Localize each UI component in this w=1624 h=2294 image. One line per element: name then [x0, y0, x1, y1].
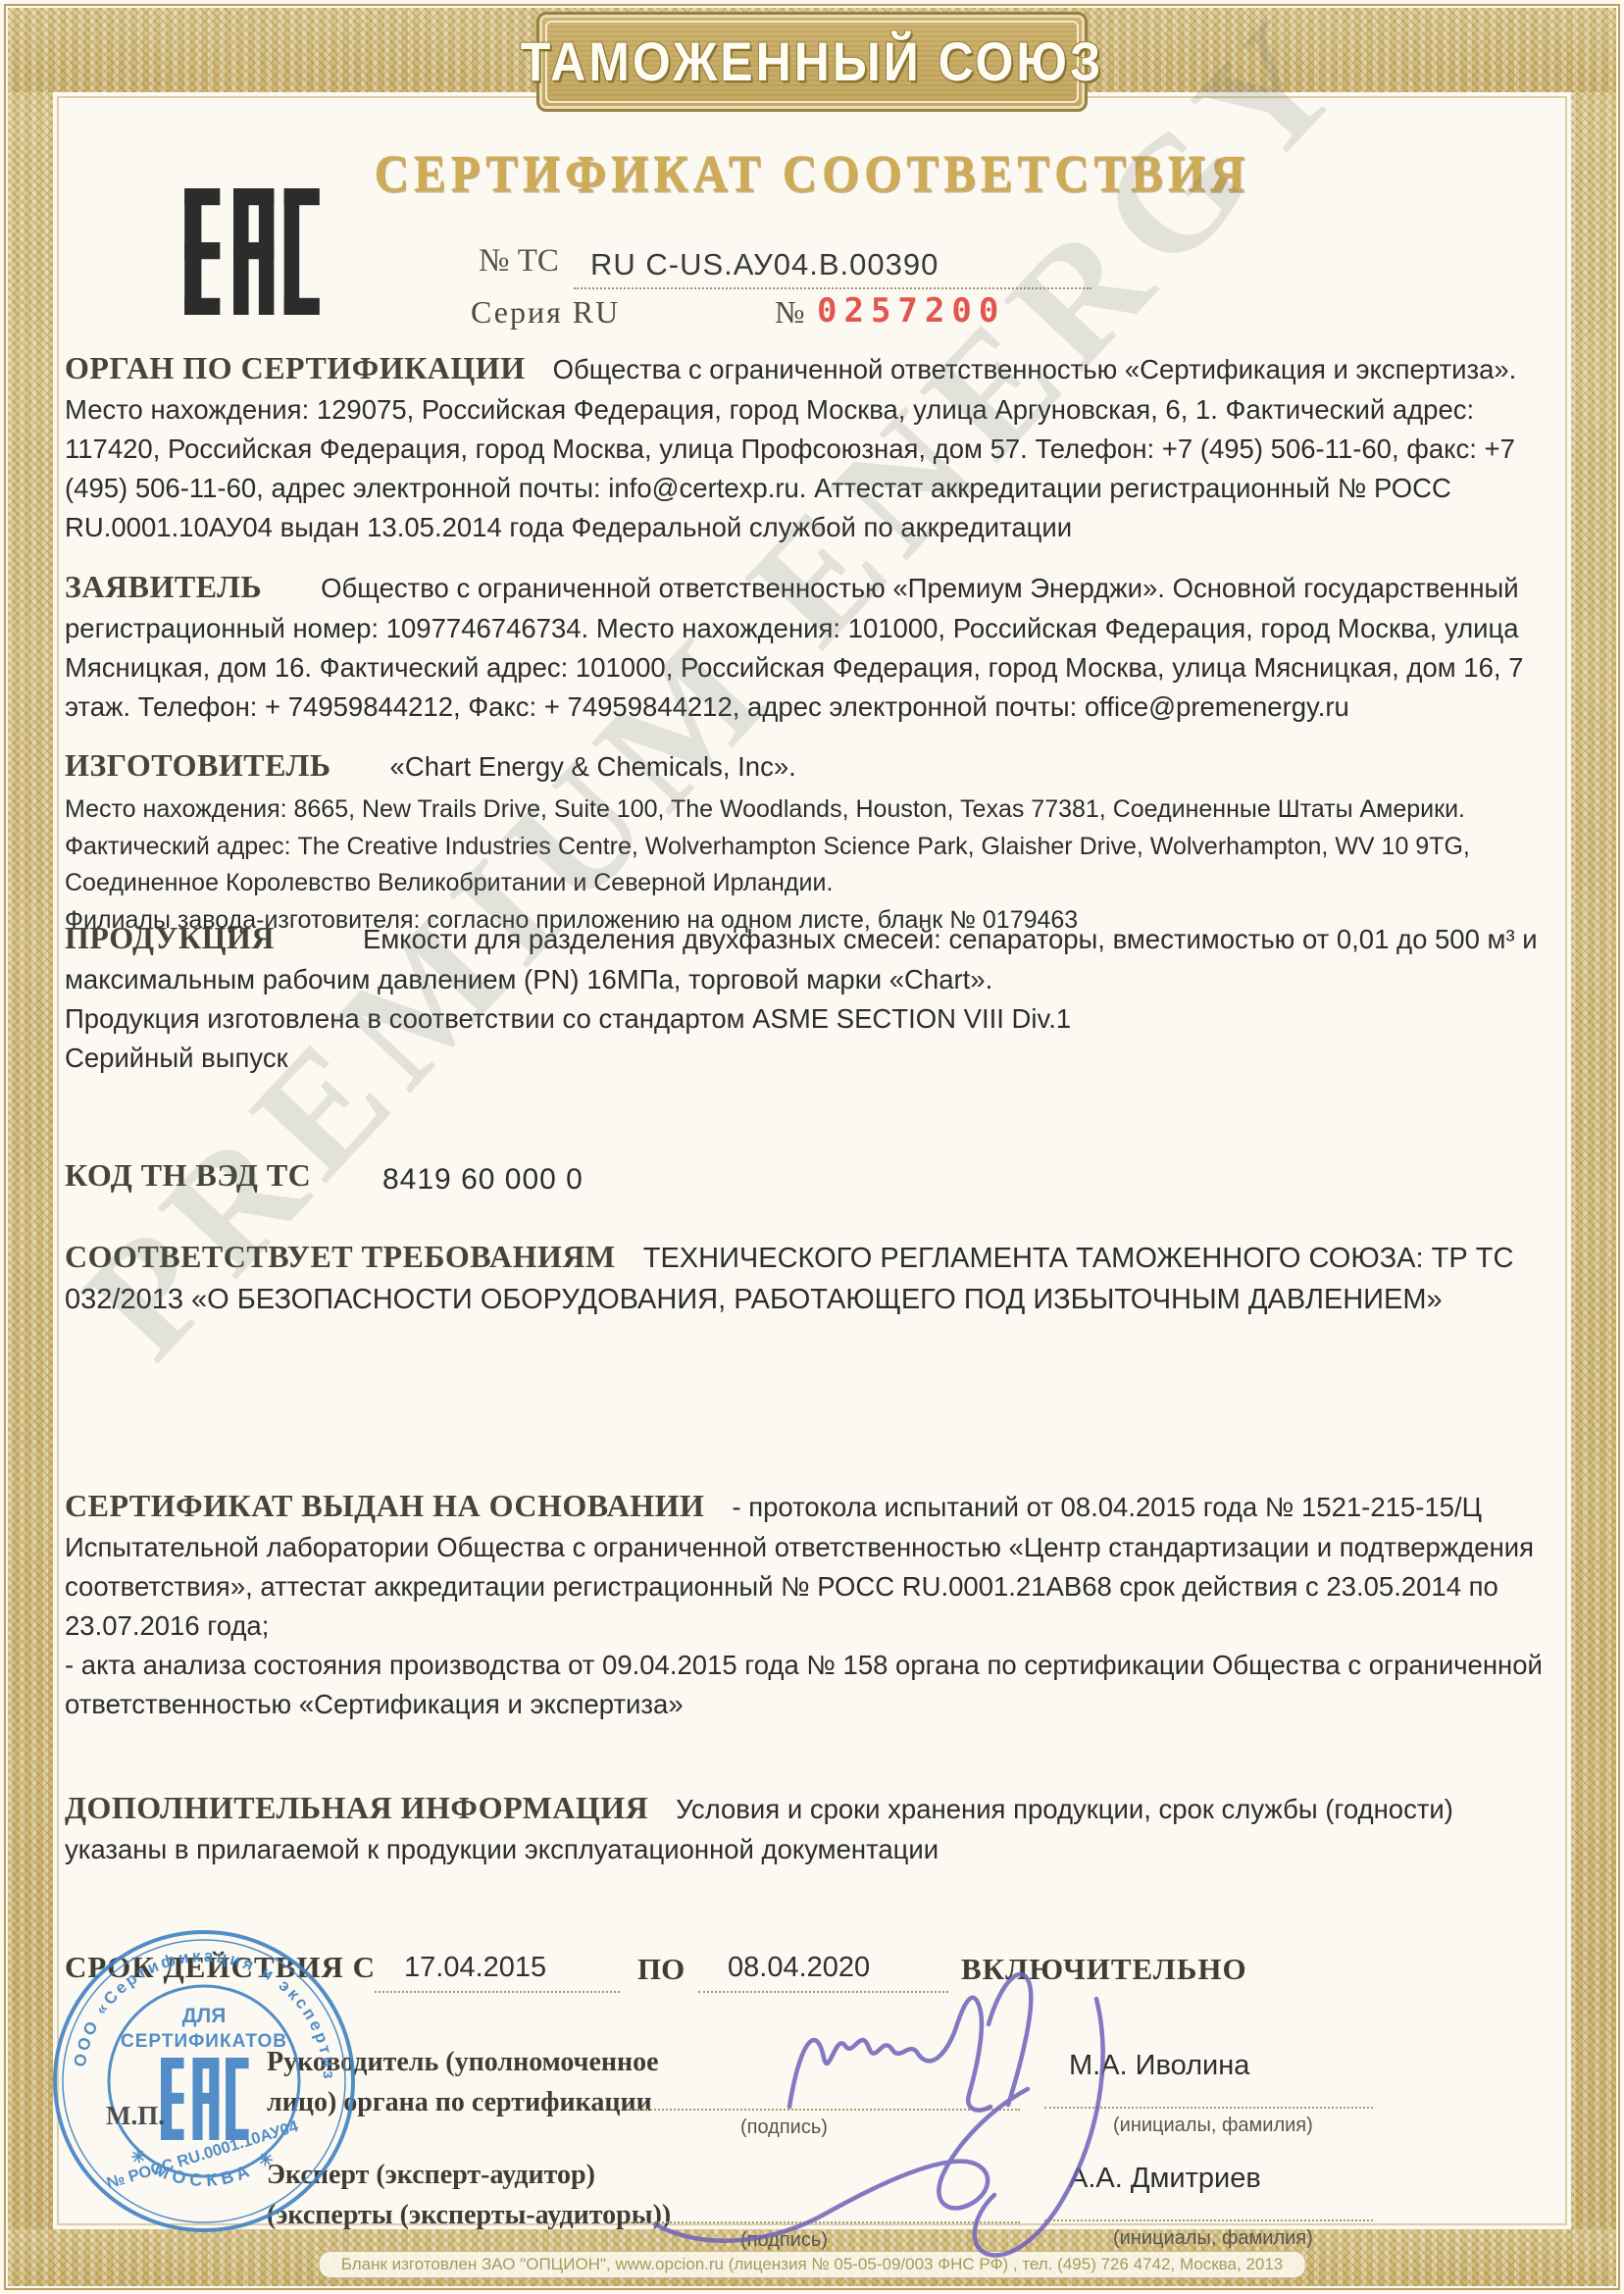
- form-printer-note: Бланк изготовлен ЗАО "ОПЦИОН", www.opcio…: [319, 2251, 1306, 2278]
- banner-text: ТАМОЖЕННЫЙ СОЮЗ: [521, 30, 1104, 94]
- name-line-expert: [1044, 2219, 1373, 2221]
- signer-name-head: М.А. Иволина: [1069, 2050, 1249, 2082]
- validity-to-date: 08.04.2020: [728, 1952, 870, 1984]
- series-number-sign: №: [775, 294, 805, 331]
- section-issue-basis: СЕРТИФИКАТ ВЫДАН НА ОСНОВАНИИ- протокола…: [65, 1483, 1559, 1724]
- series-serial-number: 0257200: [817, 291, 1005, 331]
- tnved-code-value: 8419 60 000 0: [382, 1163, 584, 1197]
- tnved-code-label: КОД ТН ВЭД ТС: [65, 1157, 311, 1194]
- section-title: ЗАЯВИТЕЛЬ: [65, 569, 321, 604]
- eac-logo: [184, 188, 320, 315]
- name-line-head: [1044, 2107, 1373, 2109]
- signature-stroke-head: [789, 1998, 990, 2111]
- name-caption-head: (инициалы, фамилия): [1113, 2115, 1313, 2137]
- customs-union-banner-frame: ТАМОЖЕННЫЙ СОЮЗ: [545, 21, 1079, 103]
- section-production: ПРОДУКЦИЯЕмкости для разделения двухфазн…: [65, 915, 1559, 1078]
- section-title: СООТВЕТСТВУЕТ ТРЕБОВАНИЯМ: [65, 1239, 643, 1274]
- signature-caption-expert: (подпись): [740, 2229, 828, 2252]
- certification-body-stamp: ОС ООО «Сертификация и экспертиза» ✳ МОС…: [35, 1912, 373, 2250]
- section-title: СЕРТИФИКАТ ВЫДАН НА ОСНОВАНИИ: [65, 1488, 732, 1523]
- section-manufacturer: ИЗГОТОВИТЕЛЬ«Chart Energy & Chemicals, I…: [65, 742, 1559, 939]
- validity-from-underline: [375, 1991, 620, 1993]
- validity-to-underline: [698, 1991, 948, 1993]
- signature-stroke-expert: [655, 2089, 1028, 2241]
- signature-line-expert: [628, 2221, 1020, 2223]
- basis-item-2: - акта анализа состояния производства от…: [65, 1646, 1559, 1724]
- section-title: ДОПОЛНИТЕЛЬНАЯ ИНФОРМАЦИЯ: [65, 1790, 676, 1825]
- name-caption-expert: (инициалы, фамилия): [1113, 2227, 1313, 2250]
- border-right: [1571, 8, 1616, 2286]
- signature-stroke-expert-tail: [975, 1999, 1103, 2255]
- section-compliance: СООТВЕТСТВУЕТ ТРЕБОВАНИЯМТЕХНИЧЕСКОГО РЕ…: [65, 1234, 1559, 1320]
- section-certification-body: ОРГАН ПО СЕРТИФИКАЦИИОбщества с ограниче…: [65, 345, 1559, 547]
- validity-inclusive-label: ВКЛЮЧИТЕЛЬНО: [961, 1952, 1247, 1987]
- section-additional-info: ДОПОЛНИТЕЛЬНАЯ ИНФОРМАЦИЯУсловия и сроки…: [65, 1785, 1559, 1869]
- section-applicant: ЗАЯВИТЕЛЬОбщество с ограниченной ответст…: [65, 564, 1559, 727]
- signer-name-expert: А.А. Дмитриев: [1069, 2163, 1261, 2195]
- customs-union-banner: ТАМОЖЕННЫЙ СОЮЗ: [536, 12, 1088, 112]
- certificate-page: ТАМОЖЕННЫЙ СОЮЗ СЕРТИФИКАТ СООТВЕТСТВИЯ …: [0, 0, 1624, 2294]
- section-title: ПРОДУКЦИЯ: [65, 920, 363, 955]
- cert-number-underline: [574, 287, 1091, 289]
- cert-number-label: № ТС: [479, 243, 559, 280]
- series-label: Серия RU: [471, 294, 620, 331]
- production-extra: Продукция изготовлена в соответствии со …: [65, 999, 1559, 1078]
- manufacturer-name: «Chart Energy & Chemicals, Inc».: [390, 751, 796, 782]
- stamp-mp-mark: М.П.: [106, 2101, 165, 2130]
- signature-caption-head: (подпись): [740, 2116, 828, 2139]
- cert-number-value: RU C-US.АУ04.В.00390: [590, 247, 939, 282]
- stamp-line1: ДЛЯ: [182, 2005, 227, 2027]
- signature-line-head: [628, 2109, 1020, 2111]
- stamp-line2: СЕРТИФИКАТОВ: [121, 2031, 287, 2052]
- section-title: ИЗГОТОВИТЕЛЬ: [65, 747, 390, 783]
- validity-from-date: 17.04.2015: [404, 1952, 546, 1984]
- stamp-eac-mark: [161, 2058, 249, 2140]
- section-title: ОРГАН ПО СЕРТИФИКАЦИИ: [65, 350, 553, 385]
- validity-to-label: ПО: [637, 1952, 685, 1987]
- page-title: СЕРТИФИКАТ СООТВЕТСТВИЯ: [375, 143, 1250, 204]
- signature-stroke-head-tail: [989, 1974, 1031, 2105]
